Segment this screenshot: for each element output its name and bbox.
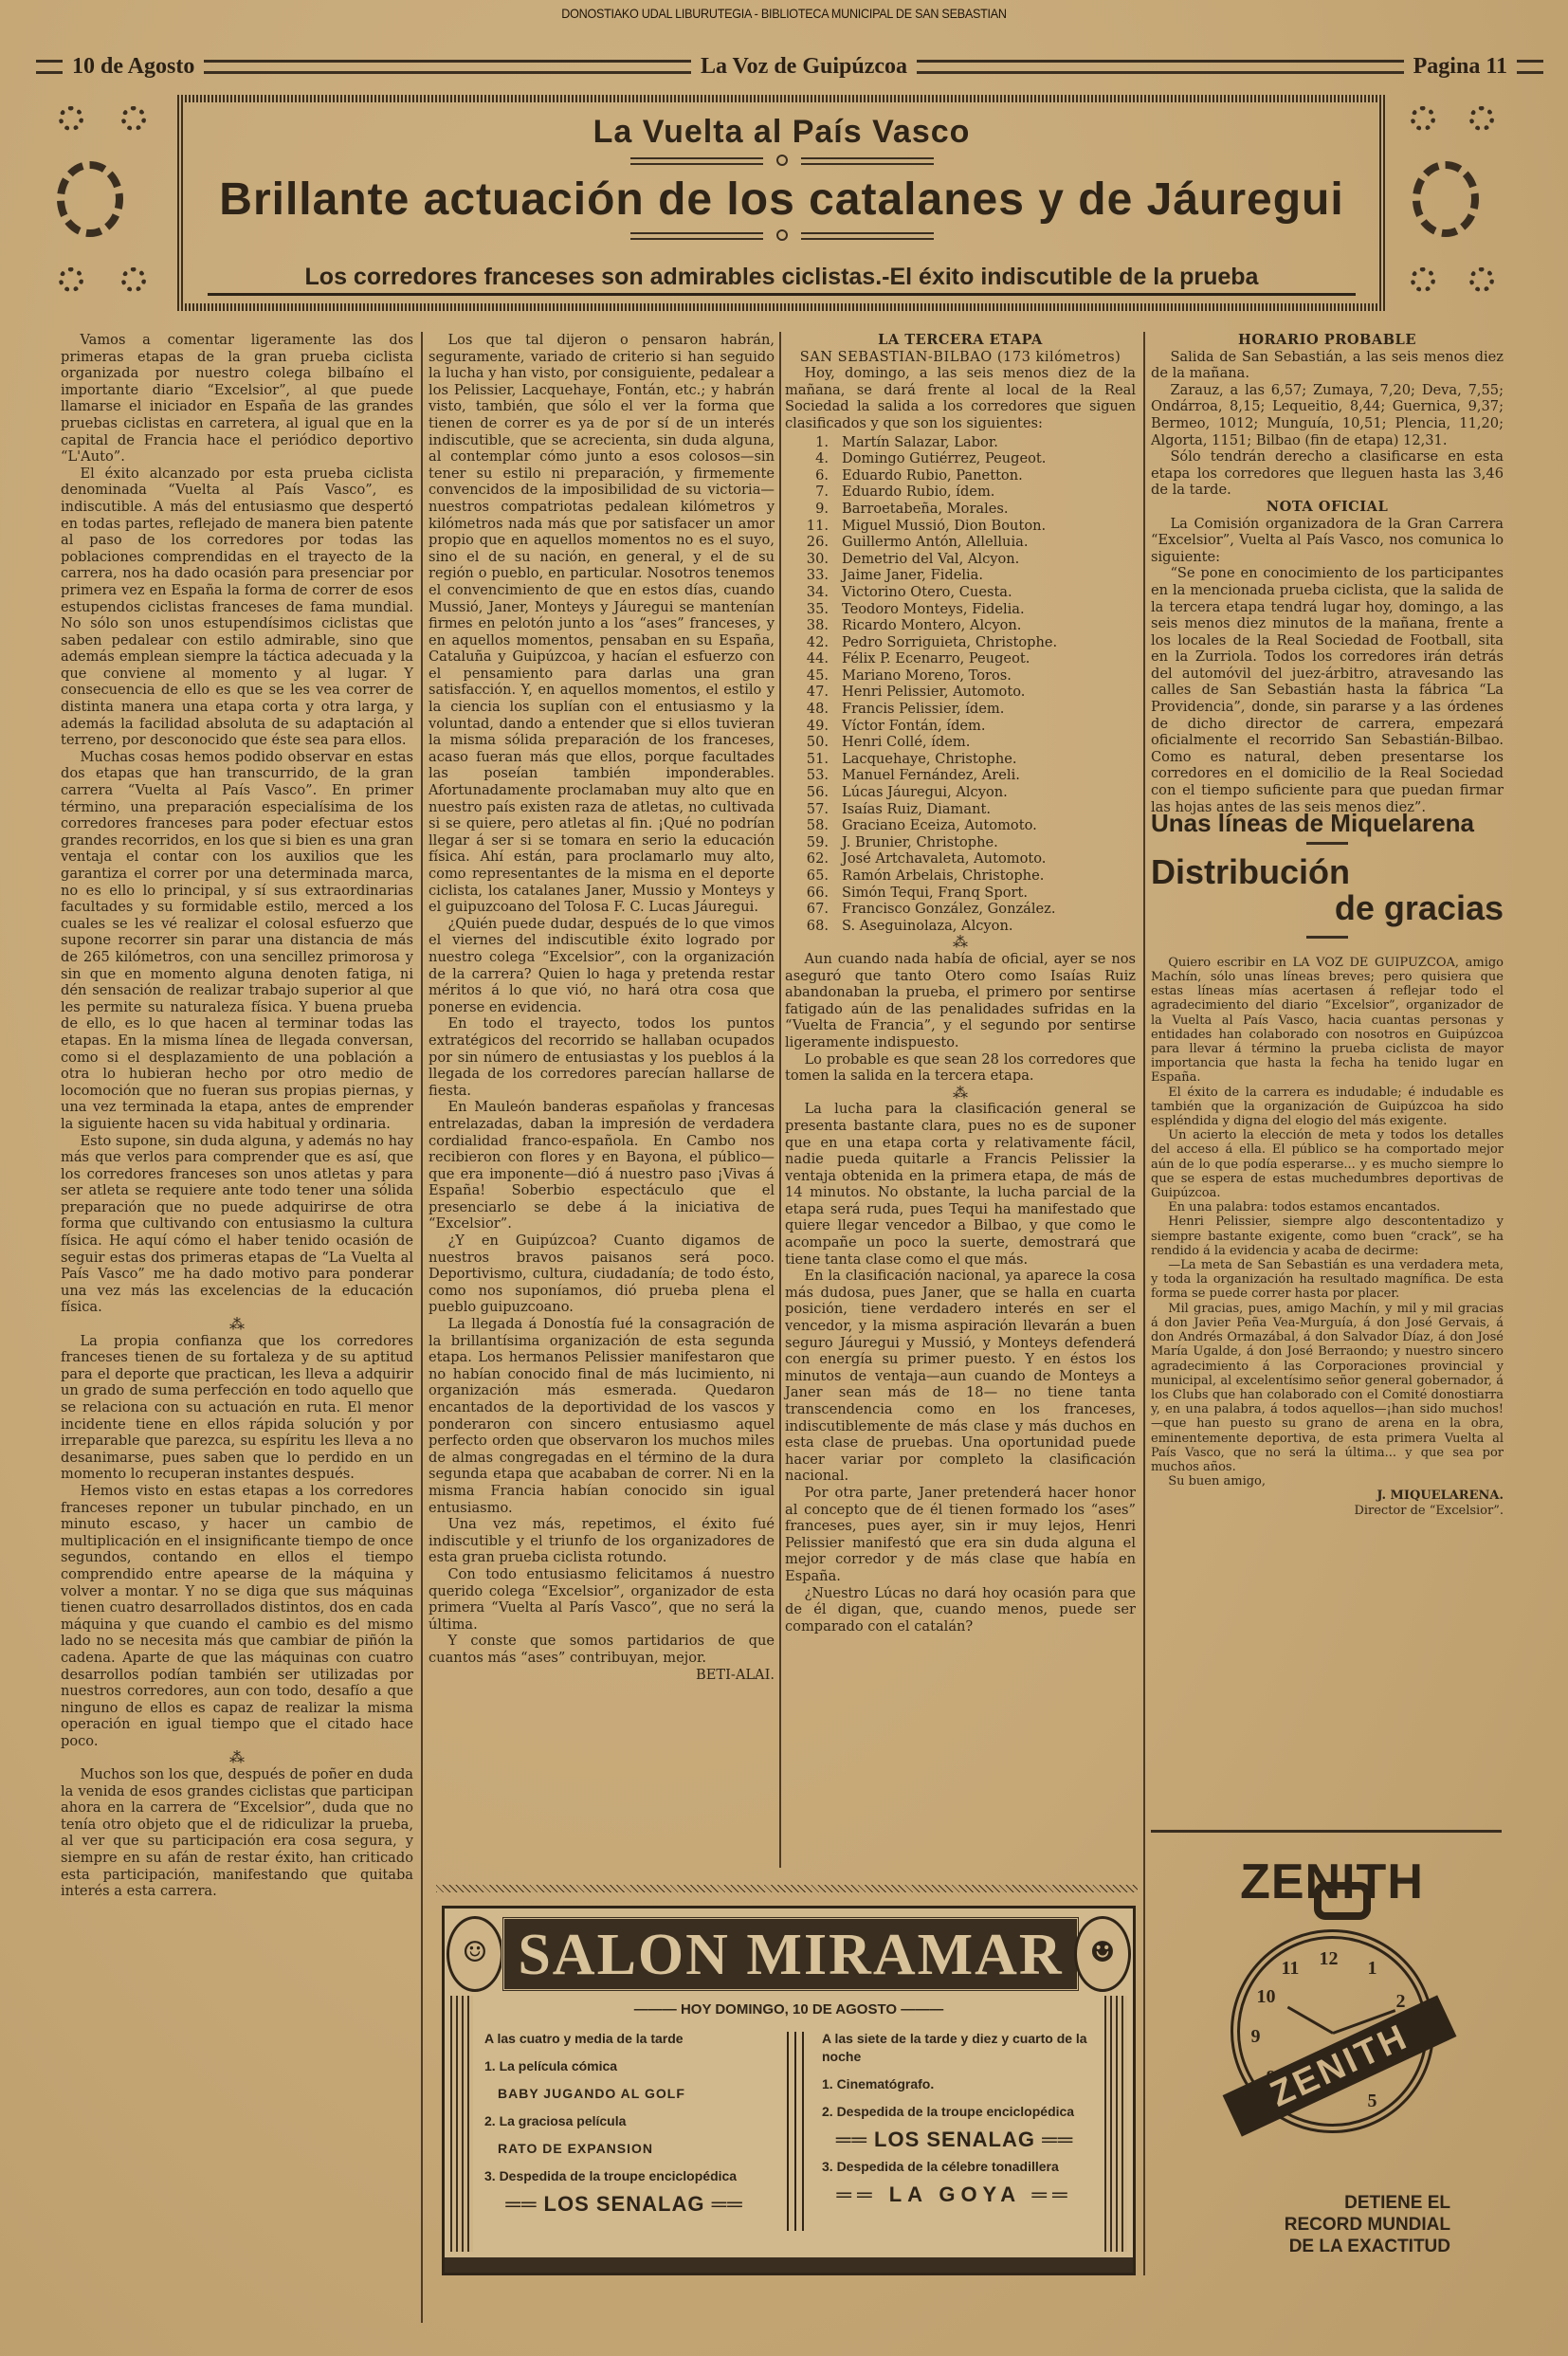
article-column-1: Vamos a comentar ligeramente las dos pri…: [61, 332, 413, 1900]
dial-number: 12: [1320, 1948, 1339, 1970]
article-paragraph: ¿Y en Guipúzcoa? Cuanto digamos de nuest…: [428, 1233, 775, 1316]
rider-number: 38.: [785, 617, 842, 634]
article-paragraph: Y conste que somos partidarios de que cu…: [428, 1633, 775, 1666]
dial-number: 9: [1251, 2026, 1261, 2048]
divider: [1306, 936, 1348, 939]
act-name: LOS SENALAG: [544, 2192, 705, 2216]
list-item: 7.Eduardo Rubio, ídem.: [785, 484, 1136, 501]
stage-intro: Hoy, domingo, a las seis menos diez de l…: [785, 365, 1136, 431]
article-paragraph: Muchos son los que, después de poñer en …: [61, 1766, 413, 1900]
ornament-icon: [1469, 267, 1494, 292]
tagline-line: DETIENE EL: [1213, 2192, 1450, 2214]
comic-face-icon: ☻: [1074, 1916, 1131, 1992]
rider-name: S. Aseguinolaza, Alcyon.: [842, 918, 1013, 935]
page-folio: 10 de Agosto La Voz de Guipúzcoa Pagina …: [36, 52, 1543, 81]
tagline-line: RECORD MUNDIAL: [1213, 2214, 1450, 2236]
program-item: 2. Despedida de la troupe enciclopédica: [822, 2103, 1087, 2121]
rider-number: 44.: [785, 650, 842, 667]
article-paragraph: Vamos a comentar ligeramente las dos pri…: [61, 332, 413, 466]
afternoon-program: A las cuatro y media de la tarde 1. La p…: [484, 2030, 764, 2222]
article-paragraph: Esto supone, sin duda alguna, y además n…: [61, 1133, 413, 1317]
rider-name: Ramón Arbelais, Christophe.: [842, 868, 1044, 885]
stage-paragraph: Por otra parte, Janer pretenderá hacer h…: [785, 1485, 1136, 1585]
ad-base: [445, 2257, 1133, 2273]
rider-name: Félix P. Ecenarro, Peugeot.: [842, 650, 1030, 667]
list-item: 26.Guillermo Antón, Allelluia.: [785, 534, 1136, 551]
article-paragraph: En todo el trayecto, todos los puntos ex…: [428, 1015, 775, 1099]
zenith-advertisement: ZENITH 12 1 2 9 10 11 8 5 ZENITH DETIENE…: [1213, 1854, 1450, 2290]
headline-deck: Los corredores franceses son admirables …: [208, 264, 1356, 296]
note-paragraph: La Comisión organizadora de la Gran Carr…: [1151, 516, 1504, 566]
divider-ornament-icon: [630, 155, 934, 168]
list-item: 47.Henri Pelissier, Automoto.: [785, 684, 1136, 701]
list-item: 34.Victorino Otero, Cuesta.: [785, 584, 1136, 601]
column-rule: [421, 332, 423, 2323]
article-paragraph: Los que tal dijeron o pensaron habrán, s…: [428, 332, 775, 916]
rider-number: 58.: [785, 817, 842, 834]
asterism-icon: ⁂: [785, 1085, 1136, 1102]
folio-rule: [1517, 60, 1543, 74]
article-paragraph: La llegada á Donostía fué la consagració…: [428, 1316, 775, 1516]
rider-name: Henri Collé, ídem.: [842, 734, 970, 751]
ornament-icon: [121, 267, 146, 292]
list-item: 30.Demetrio del Val, Alcyon.: [785, 551, 1136, 568]
program-item: 3. Despedida de la célebre tonadillera: [822, 2158, 1087, 2176]
letter-signature: J. MIQUELARENA.: [1151, 1488, 1504, 1503]
rider-number: 7.: [785, 484, 842, 501]
list-item: 66.Simón Tequi, Franq Sport.: [785, 885, 1136, 902]
rider-number: 57.: [785, 801, 842, 818]
rider-name: Henri Pelissier, Automoto.: [842, 684, 1025, 701]
asterism-icon: ⁂: [61, 1749, 413, 1766]
schedule-paragraph: Zarauz, a las 6,57; Zumaya, 7,20; Deva, …: [1151, 382, 1504, 448]
letter-title-line: de gracias: [1151, 890, 1504, 926]
rider-name: Domingo Gutiérrez, Peugeot.: [842, 450, 1046, 467]
rider-number: 9.: [785, 501, 842, 518]
ad-marquee: SALON MIRAMAR: [501, 1916, 1080, 1992]
rider-number: 11.: [785, 518, 842, 535]
letter-signature-title: Director de “Excelsior”.: [1151, 1504, 1504, 1518]
rider-name: Simón Tequi, Franq Sport.: [842, 885, 1028, 902]
letter-paragraph: Mil gracias, pues, amigo Machín, y mil y…: [1151, 1302, 1504, 1474]
letter-paragraph: El éxito de la carrera es indudable; é i…: [1151, 1086, 1504, 1129]
program-title: BABY JUGANDO AL GOLF: [484, 2085, 764, 2103]
list-item: 9.Barroetabeña, Morales.: [785, 501, 1136, 518]
section-heading: LA TERCERA ETAPA: [785, 332, 1136, 349]
list-item: 57.Isaías Ruiz, Diamant.: [785, 801, 1136, 818]
schedule-column: HORARIO PROBABLE Salida de San Sebastián…: [1151, 332, 1504, 1518]
rider-number: 47.: [785, 684, 842, 701]
list-item: 68.S. Aseguinolaza, Alcyon.: [785, 918, 1136, 935]
rider-number: 49.: [785, 718, 842, 735]
article-paragraph: El éxito alcanzado por esta prueba cicli…: [61, 466, 413, 749]
list-item: 4.Domingo Gutiérrez, Peugeot.: [785, 450, 1136, 467]
tagline-line: DE LA EXACTITUD: [1213, 2236, 1450, 2257]
program-item: 1. Cinematógrafo.: [822, 2075, 1087, 2093]
rider-number: 42.: [785, 634, 842, 651]
stage-paragraph: ¿Nuestro Lúcas no dará hoy ocasión para …: [785, 1585, 1136, 1635]
rider-name: Demetrio del Val, Alcyon.: [842, 551, 1019, 568]
rider-name: Guillermo Antón, Allelluia.: [842, 534, 1028, 551]
zigzag-rule: [436, 1885, 1138, 1892]
rider-number: 56.: [785, 784, 842, 801]
program-title: RATO DE EXPANSION: [484, 2140, 764, 2158]
article-paragraph: Muchas cosas hemos podido observar en es…: [61, 749, 413, 1133]
dial-number: 5: [1368, 2091, 1377, 2112]
stage-paragraph: En la clasificación nacional, ya aparece…: [785, 1268, 1136, 1485]
section-heading: HORARIO PROBABLE: [1151, 332, 1504, 349]
rider-number: 48.: [785, 701, 842, 718]
rider-number: 33.: [785, 567, 842, 584]
rider-name: Isaías Ruiz, Diamant.: [842, 801, 991, 818]
list-item: 49.Víctor Fontán, ídem.: [785, 718, 1136, 735]
letter-title: Distribución de gracias: [1151, 854, 1504, 926]
letter-paragraph: Henri Pelissier, siempre algo descontent…: [1151, 1215, 1504, 1258]
rider-number: 34.: [785, 584, 842, 601]
rosette-ornament-icon: [57, 161, 123, 237]
list-item: 53.Manuel Fernández, Areli.: [785, 767, 1136, 784]
list-item: 59.J. Brunier, Christophe.: [785, 834, 1136, 851]
schedule-paragraph: Sólo tendrán derecho a clasificarse en e…: [1151, 448, 1504, 499]
rider-number: 4.: [785, 450, 842, 467]
rider-number: 26.: [785, 534, 842, 551]
asterism-icon: ⁂: [785, 934, 1136, 951]
list-item: 58.Graciano Eceiza, Automoto.: [785, 817, 1136, 834]
rider-number: 59.: [785, 834, 842, 851]
headline-kicker: La Vuelta al País Vasco: [185, 114, 1378, 151]
rider-name: J. Brunier, Christophe.: [842, 834, 998, 851]
list-item: 65.Ramón Arbelais, Christophe.: [785, 868, 1136, 885]
list-item: 38.Ricardo Montero, Alcyon.: [785, 617, 1136, 634]
rider-name: Lacquehaye, Christophe.: [842, 751, 1017, 768]
dial-number: 10: [1257, 1986, 1276, 2008]
letter-paragraph: Quiero escribir en LA VOZ DE GUIPUZCOA, …: [1151, 956, 1504, 1086]
program-act: ══ LOS SENALAG ══: [822, 2130, 1087, 2148]
article-paragraph: Con todo entusiasmo felicitamos á nuestr…: [428, 1566, 775, 1633]
ornament-icon: [1411, 106, 1435, 131]
rider-number: 51.: [785, 751, 842, 768]
column-rule: [1143, 332, 1145, 2275]
article-paragraph: Hemos visto en estas etapas a los corred…: [61, 1483, 413, 1750]
comic-face-icon: ☺: [447, 1916, 503, 1992]
letter-paragraph: —La meta de San Sebastián es una verdade…: [1151, 1258, 1504, 1302]
ornament-icon: [1469, 106, 1494, 131]
rider-number: 50.: [785, 734, 842, 751]
rider-number: 53.: [785, 767, 842, 784]
rider-name: Manuel Fernández, Areli.: [842, 767, 1020, 784]
list-item: 48.Francis Pelissier, ídem.: [785, 701, 1136, 718]
dial-number: 11: [1282, 1958, 1300, 1980]
list-item: 33.Jaime Janer, Fidelia.: [785, 567, 1136, 584]
rider-name: Martín Salazar, Labor.: [842, 434, 998, 451]
rider-number: 6.: [785, 467, 842, 484]
column-rule: [779, 332, 781, 1868]
rider-name: Lúcas Jáuregui, Alcyon.: [842, 784, 1008, 801]
list-item: 67.Francisco González, González.: [785, 901, 1136, 918]
ornament-icon: [1411, 267, 1435, 292]
stage-paragraph: Lo probable es que sean 28 los corredore…: [785, 1051, 1136, 1085]
list-item: 45.Mariano Moreno, Toros.: [785, 667, 1136, 685]
rider-name: Ricardo Montero, Alcyon.: [842, 617, 1021, 634]
letter-paragraph: Un acierto la elección de meta y todos l…: [1151, 1128, 1504, 1200]
section-heading: NOTA OFICIAL: [1151, 499, 1504, 516]
ad-date: ——— HOY DOMINGO, 10 DE AGOSTO ———: [445, 2001, 1133, 2018]
article-paragraph: Una vez más, repetimos, el éxito fué ind…: [428, 1516, 775, 1566]
folio-rule: [204, 60, 691, 74]
rider-name: Francis Pelissier, ídem.: [842, 701, 1004, 718]
article-column-2: Los que tal dijeron o pensaron habrán, s…: [428, 332, 775, 1683]
rider-name: Mariano Moreno, Toros.: [842, 667, 1012, 685]
watch-bow-icon: [1314, 1882, 1371, 1920]
article-paragraph: La propia confianza que los corredores f…: [61, 1333, 413, 1483]
list-item: 6.Eduardo Rubio, Panetton.: [785, 467, 1136, 484]
note-paragraph: “Se pone en conocimiento de los particip…: [1151, 565, 1504, 815]
rider-name: Graciano Eceiza, Automoto.: [842, 817, 1037, 834]
hour-hand-icon: [1286, 2006, 1333, 2035]
rider-name: Teodoro Monteys, Fidelia.: [842, 601, 1025, 618]
column-pillar-icon: [450, 1996, 473, 2252]
folio-rule: [917, 60, 1404, 74]
rider-number: 45.: [785, 667, 842, 685]
rider-name: Eduardo Rubio, ídem.: [842, 484, 994, 501]
folio-date: 10 de Agosto: [72, 54, 194, 80]
ornament-icon: [121, 106, 146, 131]
list-item: 44.Félix P. Ecenarro, Peugeot.: [785, 650, 1136, 667]
stage-paragraph: Aun cuando nada había de oficial, ayer s…: [785, 951, 1136, 1051]
column-pillar-icon: [1104, 1996, 1127, 2252]
letter-paragraph: Su buen amigo,: [1151, 1474, 1504, 1488]
article-paragraph: En Mauleón banderas españolas y francesa…: [428, 1099, 775, 1233]
main-headline: Brillante actuación de los catalanes y d…: [185, 174, 1378, 226]
letter-title-line: Distribución: [1151, 852, 1350, 891]
folio-rule: [36, 60, 63, 74]
rider-number: 1.: [785, 434, 842, 451]
schedule-paragraph: Salida de San Sebastián, a las seis meno…: [1151, 349, 1504, 382]
rider-number: 35.: [785, 601, 842, 618]
rider-name: Eduardo Rubio, Panetton.: [842, 467, 1023, 484]
act-name: LA GOYA: [889, 2182, 1021, 2206]
rider-number: 65.: [785, 868, 842, 885]
list-item: 56.Lúcas Jáuregui, Alcyon.: [785, 784, 1136, 801]
masthead: La Voz de Guipúzcoa: [701, 54, 907, 80]
page-number: Pagina 11: [1413, 54, 1507, 80]
zenith-tagline: DETIENE EL RECORD MUNDIAL DE LA EXACTITU…: [1213, 2192, 1450, 2257]
archive-stamp: DONOSTIAKO UDAL LIBURUTEGIA - BIBLIOTECA…: [79, 6, 1490, 21]
divider-ornament-icon: [630, 229, 934, 243]
rider-name: Barroetabeña, Morales.: [842, 501, 1009, 518]
salon-miramar-advertisement: ☺ SALON MIRAMAR ☻ ——— HOY DOMINGO, 10 DE…: [442, 1906, 1136, 2275]
rider-list: 1.Martín Salazar, Labor.4.Domingo Gutiér…: [785, 434, 1136, 935]
dial-number: 1: [1368, 1958, 1377, 1980]
list-item: 50.Henri Collé, ídem.: [785, 734, 1136, 751]
rider-name: Victorino Otero, Cuesta.: [842, 584, 1012, 601]
rider-number: 67.: [785, 901, 842, 918]
evening-program: A las siete de la tarde y diez y cuarto …: [822, 2030, 1087, 2213]
rider-name: Miguel Mussió, Dion Bouton.: [842, 518, 1046, 535]
rider-name: Jaime Janer, Fidelia.: [842, 567, 983, 584]
divider: [1306, 842, 1348, 845]
list-item: 51.Lacquehaye, Christophe.: [785, 751, 1136, 768]
rider-name: José Artchavaleta, Automoto.: [842, 850, 1046, 868]
ad-date-text: HOY DOMINGO, 10 DE AGOSTO: [681, 2001, 897, 2018]
asterism-icon: ⁂: [61, 1316, 413, 1333]
stage-paragraph: La lucha para la clasificación general s…: [785, 1101, 1136, 1268]
pocket-watch-icon: 12 1 2 9 10 11 8 5 ZENITH: [1231, 1929, 1434, 2133]
program-act: ══ LA GOYA ══: [822, 2185, 1087, 2203]
rider-number: 62.: [785, 850, 842, 868]
rider-name: Víctor Fontán, ídem.: [842, 718, 986, 735]
route-line: SAN SEBASTIAN-BILBAO (173 kilómetros): [785, 349, 1136, 366]
list-item: 11.Miguel Mussió, Dion Bouton.: [785, 518, 1136, 535]
list-item: 42.Pedro Sorriguieta, Christophe.: [785, 634, 1136, 651]
rider-name: Francisco González, González.: [842, 901, 1056, 918]
rider-number: 30.: [785, 551, 842, 568]
rider-number: 66.: [785, 885, 842, 902]
list-item: 62.José Artchavaleta, Automoto.: [785, 850, 1136, 868]
rider-number: 68.: [785, 918, 842, 935]
program-item: 3. Despedida de la troupe enciclopédica: [484, 2167, 764, 2185]
divider: [1151, 1830, 1502, 1833]
article-paragraph: ¿Quién puede dudar, después de lo que vi…: [428, 916, 775, 1016]
zenith-sash: ZENITH: [1222, 1995, 1456, 2136]
ornament-icon: [59, 106, 83, 131]
rosette-ornament-icon: [1413, 161, 1479, 237]
letter-paragraph: En una palabra: todos estamos encantados…: [1151, 1200, 1504, 1215]
program-divider: [781, 2032, 810, 2231]
program-item: 1. La película cómica: [484, 2057, 764, 2075]
program-time: A las siete de la tarde y diez y cuarto …: [822, 2030, 1087, 2066]
program-time: A las cuatro y media de la tarde: [484, 2030, 764, 2048]
third-stage-column: LA TERCERA ETAPA SAN SEBASTIAN-BILBAO (1…: [785, 332, 1136, 1635]
list-item: 1.Martín Salazar, Labor.: [785, 434, 1136, 451]
article-signature: BETI-ALAI.: [428, 1667, 775, 1684]
act-name: LOS SENALAG: [874, 2128, 1035, 2151]
list-item: 35.Teodoro Monteys, Fidelia.: [785, 601, 1136, 618]
headline-banner: La Vuelta al País Vasco Brillante actuac…: [177, 95, 1386, 311]
program-act: ══ LOS SENALAG ══: [484, 2195, 764, 2213]
ornament-icon: [59, 267, 83, 292]
letter-kicker: Unas líneas de Miquelarena: [1151, 815, 1504, 832]
program-item: 2. La graciosa película: [484, 2112, 764, 2130]
rider-name: Pedro Sorriguieta, Christophe.: [842, 634, 1057, 651]
